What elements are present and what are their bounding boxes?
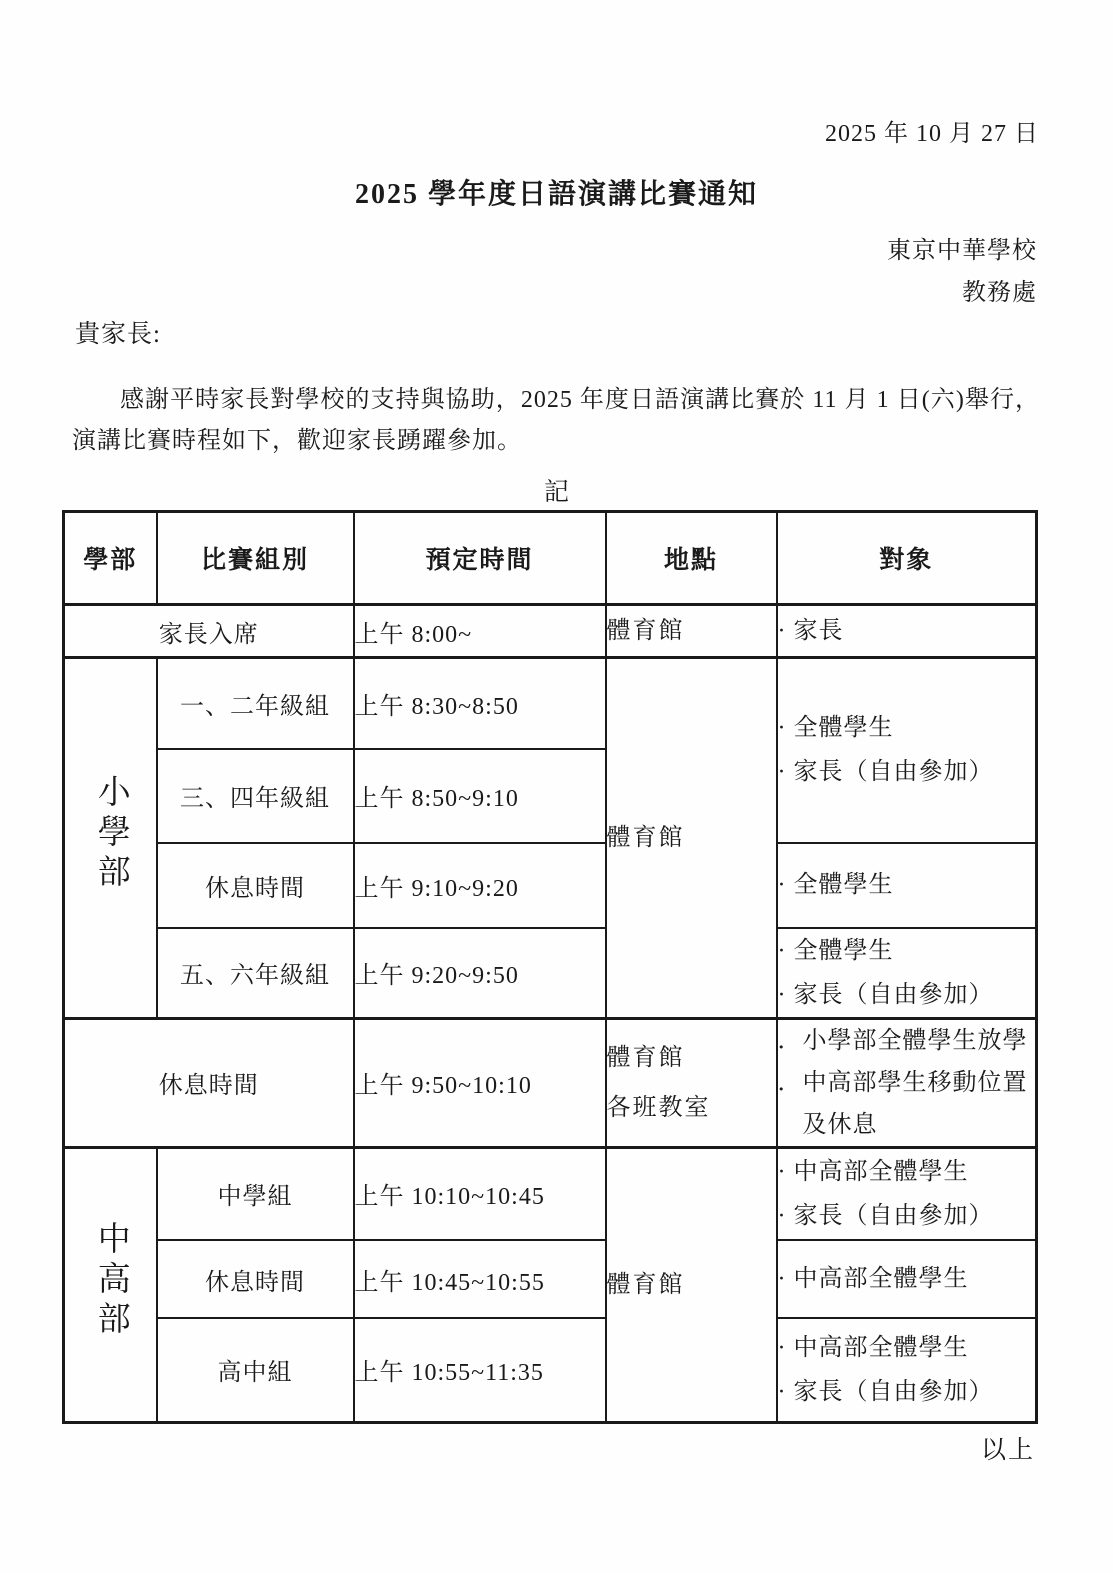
col-header-section: 學部 <box>64 512 157 605</box>
cell-group: 一、二年級組 <box>157 658 354 749</box>
col-header-audience: 對象 <box>777 512 1037 605</box>
cell-time: 上午 10:45~10:55 <box>354 1240 606 1318</box>
cell-time: 上午 9:50~10:10 <box>354 1018 606 1147</box>
date-line: 2025 年 10 月 27 日 <box>0 0 1113 148</box>
cell-time: 上午 10:55~11:35 <box>354 1318 606 1422</box>
schedule-table: 學部 比賽組別 預定時間 地點 對象 家長入席 上午 8:00~ 體育館 · 家… <box>62 510 1038 1424</box>
row-parents-entry: 家長入席 上午 8:00~ 體育館 · 家長 <box>64 605 1037 658</box>
cell-place: 體育館 <box>606 658 777 1019</box>
cell-time: 上午 8:30~8:50 <box>354 658 606 749</box>
cell-audience: · 全體學生 <box>777 843 1037 928</box>
row-recess: 休息時間 上午 9:50~10:10 體育館 各班教室 ．小學部全體學生放學 ．… <box>64 1018 1037 1147</box>
cell-place: 體育館 各班教室 <box>606 1018 777 1147</box>
section-label: 中高部 <box>94 1221 127 1341</box>
notice-document: 2025 年 10 月 27 日 2025 學年度日語演講比賽通知 東京中華學校… <box>0 0 1113 1573</box>
department-name: 教務處 <box>0 272 1037 314</box>
section-label: 小學部 <box>94 774 127 894</box>
salutation: 貴家長: <box>0 314 1113 350</box>
row-senior: 高中組 上午 10:55~11:35 · 中高部全體學生 · 家長（自由參加） <box>64 1318 1037 1422</box>
col-header-place: 地點 <box>606 512 777 605</box>
page-title: 2025 學年度日語演講比賽通知 <box>0 172 1113 212</box>
cell-section-secondary: 中高部 <box>64 1147 157 1422</box>
cell-group: 五、六年級組 <box>157 928 354 1019</box>
cell-audience: ．小學部全體學生放學 ．中高部學生移動位置 及休息 <box>777 1018 1037 1147</box>
row-grade56: 五、六年級組 上午 9:20~9:50 · 全體學生 · 家長（自由參加） <box>64 928 1037 1019</box>
cell-audience: · 中高部全體學生 <box>777 1240 1037 1318</box>
cell-audience: · 全體學生 · 家長（自由參加） <box>777 928 1037 1019</box>
cell-time: 上午 9:10~9:20 <box>354 843 606 928</box>
cell-audience: · 中高部全體學生 · 家長（自由參加） <box>777 1318 1037 1422</box>
row-grade12: 小學部 一、二年級組 上午 8:30~8:50 體育館 · 全體學生 · 家長（… <box>64 658 1037 749</box>
cell-place: 體育館 <box>606 1147 777 1422</box>
cell-audience: · 家長 <box>777 605 1037 658</box>
cell-time: 上午 9:20~9:50 <box>354 928 606 1019</box>
school-name: 東京中華學校 <box>0 230 1037 272</box>
cell-group: 休息時間 <box>64 1018 354 1147</box>
col-header-group: 比賽組別 <box>157 512 354 605</box>
cell-time: 上午 8:50~9:10 <box>354 749 606 843</box>
cell-group: 高中組 <box>157 1318 354 1422</box>
sender-block: 東京中華學校 教務處 <box>0 230 1113 314</box>
cell-group: 中學組 <box>157 1147 354 1240</box>
record-heading: 記 <box>0 472 1113 508</box>
table-header-row: 學部 比賽組別 預定時間 地點 對象 <box>64 512 1037 605</box>
row-secondary-break: 休息時間 上午 10:45~10:55 · 中高部全體學生 <box>64 1240 1037 1318</box>
cell-audience: · 全體學生 · 家長（自由參加） <box>777 658 1037 843</box>
row-junior: 中高部 中學組 上午 10:10~10:45 體育館 · 中高部全體學生 · 家… <box>64 1147 1037 1240</box>
cell-audience: · 中高部全體學生 · 家長（自由參加） <box>777 1147 1037 1240</box>
cell-group: 家長入席 <box>64 605 354 658</box>
cell-section-elementary: 小學部 <box>64 658 157 1019</box>
cell-group: 休息時間 <box>157 1240 354 1318</box>
cell-group: 三、四年級組 <box>157 749 354 843</box>
closing-mark: 以上 <box>0 1430 1113 1466</box>
cell-time: 上午 8:00~ <box>354 605 606 658</box>
row-elementary-break: 休息時間 上午 9:10~9:20 · 全體學生 <box>64 843 1037 928</box>
cell-time: 上午 10:10~10:45 <box>354 1147 606 1240</box>
cell-group: 休息時間 <box>157 843 354 928</box>
cell-place: 體育館 <box>606 605 777 658</box>
col-header-time: 預定時間 <box>354 512 606 605</box>
body-paragraph: 感謝平時家長對學校的支持與協助，2025 年度日語演講比賽於 11 月 1 日(… <box>72 380 1040 462</box>
